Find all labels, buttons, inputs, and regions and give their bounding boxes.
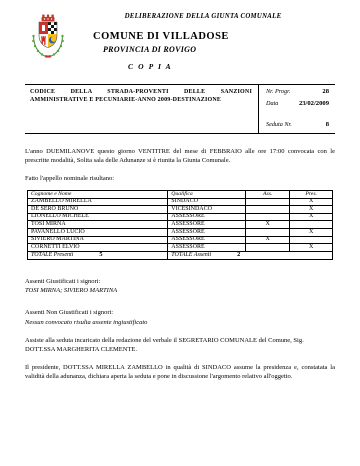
- total-present-value: 5: [99, 251, 102, 258]
- total-absent-cell: TOTALE Assenti2: [168, 251, 333, 260]
- col-header-absent: Ass.: [246, 191, 290, 199]
- absent-mark: X: [246, 236, 290, 244]
- copy-label: C O P I A: [128, 62, 172, 71]
- absent-mark: [246, 198, 290, 206]
- col-header-role: Qualifica: [168, 191, 246, 199]
- col-header-name: Cognome e Nome: [28, 191, 168, 199]
- present-mark: [290, 221, 333, 229]
- table-row: LIONELLO MICHELE ASSESSORE X: [28, 213, 333, 221]
- date-row: Data 23/02/2009: [266, 100, 329, 107]
- secretary-paragraph: Assiste alla seduta incaricato della red…: [25, 337, 335, 354]
- justified-absent-names: TOSI MIRNA; SIVIERO MARTINA: [25, 286, 335, 295]
- member-name: CORNETTI ELVIO: [28, 244, 168, 252]
- member-role: ASSESSORE: [168, 228, 246, 236]
- member-role: ASSESSORE: [168, 236, 246, 244]
- unjustified-absent-label: Assenti Non Giustificati i signori:: [25, 308, 335, 317]
- unjustified-absent-names: Nessun convocato risulta assente ingiust…: [25, 318, 335, 327]
- present-mark: X: [290, 244, 333, 252]
- member-role: ASSESSORE: [168, 213, 246, 221]
- member-role: VICESINDACO: [168, 206, 246, 214]
- session-number-value: 8: [326, 121, 329, 128]
- member-role: ASSESSORE: [168, 244, 246, 252]
- meta-cell: Nr. Progr. 28 Data 23/02/2009 Seduta Nr.…: [258, 85, 335, 133]
- progressive-number-row: Nr. Progr. 28: [266, 88, 329, 95]
- table-row: PAVANELLO LUCIO ASSESSORE X: [28, 228, 333, 236]
- document-type-heading: DELIBERAZIONE DELLA GIUNTA COMUNALE: [0, 13, 360, 20]
- member-name: LIONELLO MICHELE: [28, 213, 168, 221]
- total-present-label: TOTALE Presenti: [31, 252, 73, 258]
- table-row: ZAMBELLO MIRELLA SINDACO X: [28, 198, 333, 206]
- president-paragraph: Il presidente, DOTT.SSA MIRELLA ZAMBELLO…: [25, 363, 335, 381]
- absent-mark: [246, 206, 290, 214]
- present-mark: X: [290, 206, 333, 214]
- progressive-number-label: Nr. Progr.: [266, 88, 290, 95]
- member-name: DE SERO BRUNO: [28, 206, 168, 214]
- member-role: SINDACO: [168, 198, 246, 206]
- attendance-totals-row: TOTALE Presenti5 TOTALE Assenti2: [28, 251, 333, 260]
- total-absent-label: TOTALE Assenti: [171, 252, 211, 258]
- session-number-row: Seduta Nr. 8: [266, 121, 329, 128]
- attendance-table: Cognome e Nome Qualifica Ass. Pres. ZAMB…: [27, 190, 333, 260]
- total-absent-value: 2: [237, 251, 240, 258]
- present-mark: X: [290, 198, 333, 206]
- attendance-header-row: Cognome e Nome Qualifica Ass. Pres.: [28, 191, 333, 199]
- absent-mark: [246, 213, 290, 221]
- date-label: Data: [266, 100, 278, 107]
- col-header-present: Pres.: [290, 191, 333, 199]
- date-value: 23/02/2009: [299, 100, 329, 107]
- table-row: TOSI MIRNA ASSESSORE X: [28, 221, 333, 229]
- member-role: ASSESSORE: [168, 221, 246, 229]
- table-row: CORNETTI ELVIO ASSESSORE X: [28, 244, 333, 252]
- province-subtitle: PROVINCIA DI ROVIGO: [103, 45, 196, 54]
- progressive-number-value: 28: [322, 88, 329, 95]
- municipality-title: COMUNE DI VILLADOSE: [93, 31, 229, 42]
- member-name: ZAMBELLO MIRELLA: [28, 198, 168, 206]
- session-intro-paragraph: L'anno DUEMILANOVE questo giorno VENTITR…: [25, 147, 335, 165]
- member-name: TOSI MIRNA: [28, 221, 168, 229]
- present-mark: [290, 236, 333, 244]
- roll-call-line: Fatto l'appello nominale risultano:: [25, 174, 335, 183]
- subject-cell: CODICE DELLA STRADA-PROVENTI DELLE SANZI…: [25, 85, 258, 133]
- session-number-label: Seduta Nr.: [266, 121, 292, 128]
- member-name: PAVANELLO LUCIO: [28, 228, 168, 236]
- table-row: SIVIERO MARTINA ASSESSORE X: [28, 236, 333, 244]
- total-present-cell: TOTALE Presenti5: [28, 251, 168, 260]
- deliberation-subject: CODICE DELLA STRADA-PROVENTI DELLE SANZI…: [30, 89, 252, 104]
- document-page: DELIBERAZIONE DELLA GIUNTA COMUNALE COMU…: [0, 0, 360, 466]
- absent-mark: [246, 244, 290, 252]
- absent-mark: [246, 228, 290, 236]
- absent-mark: X: [246, 221, 290, 229]
- subject-box: CODICE DELLA STRADA-PROVENTI DELLE SANZI…: [25, 84, 335, 134]
- member-name: SIVIERO MARTINA: [28, 236, 168, 244]
- table-row: DE SERO BRUNO VICESINDACO X: [28, 206, 333, 214]
- present-mark: X: [290, 213, 333, 221]
- present-mark: X: [290, 228, 333, 236]
- justified-absent-label: Assenti Giustificati i signori:: [25, 277, 335, 286]
